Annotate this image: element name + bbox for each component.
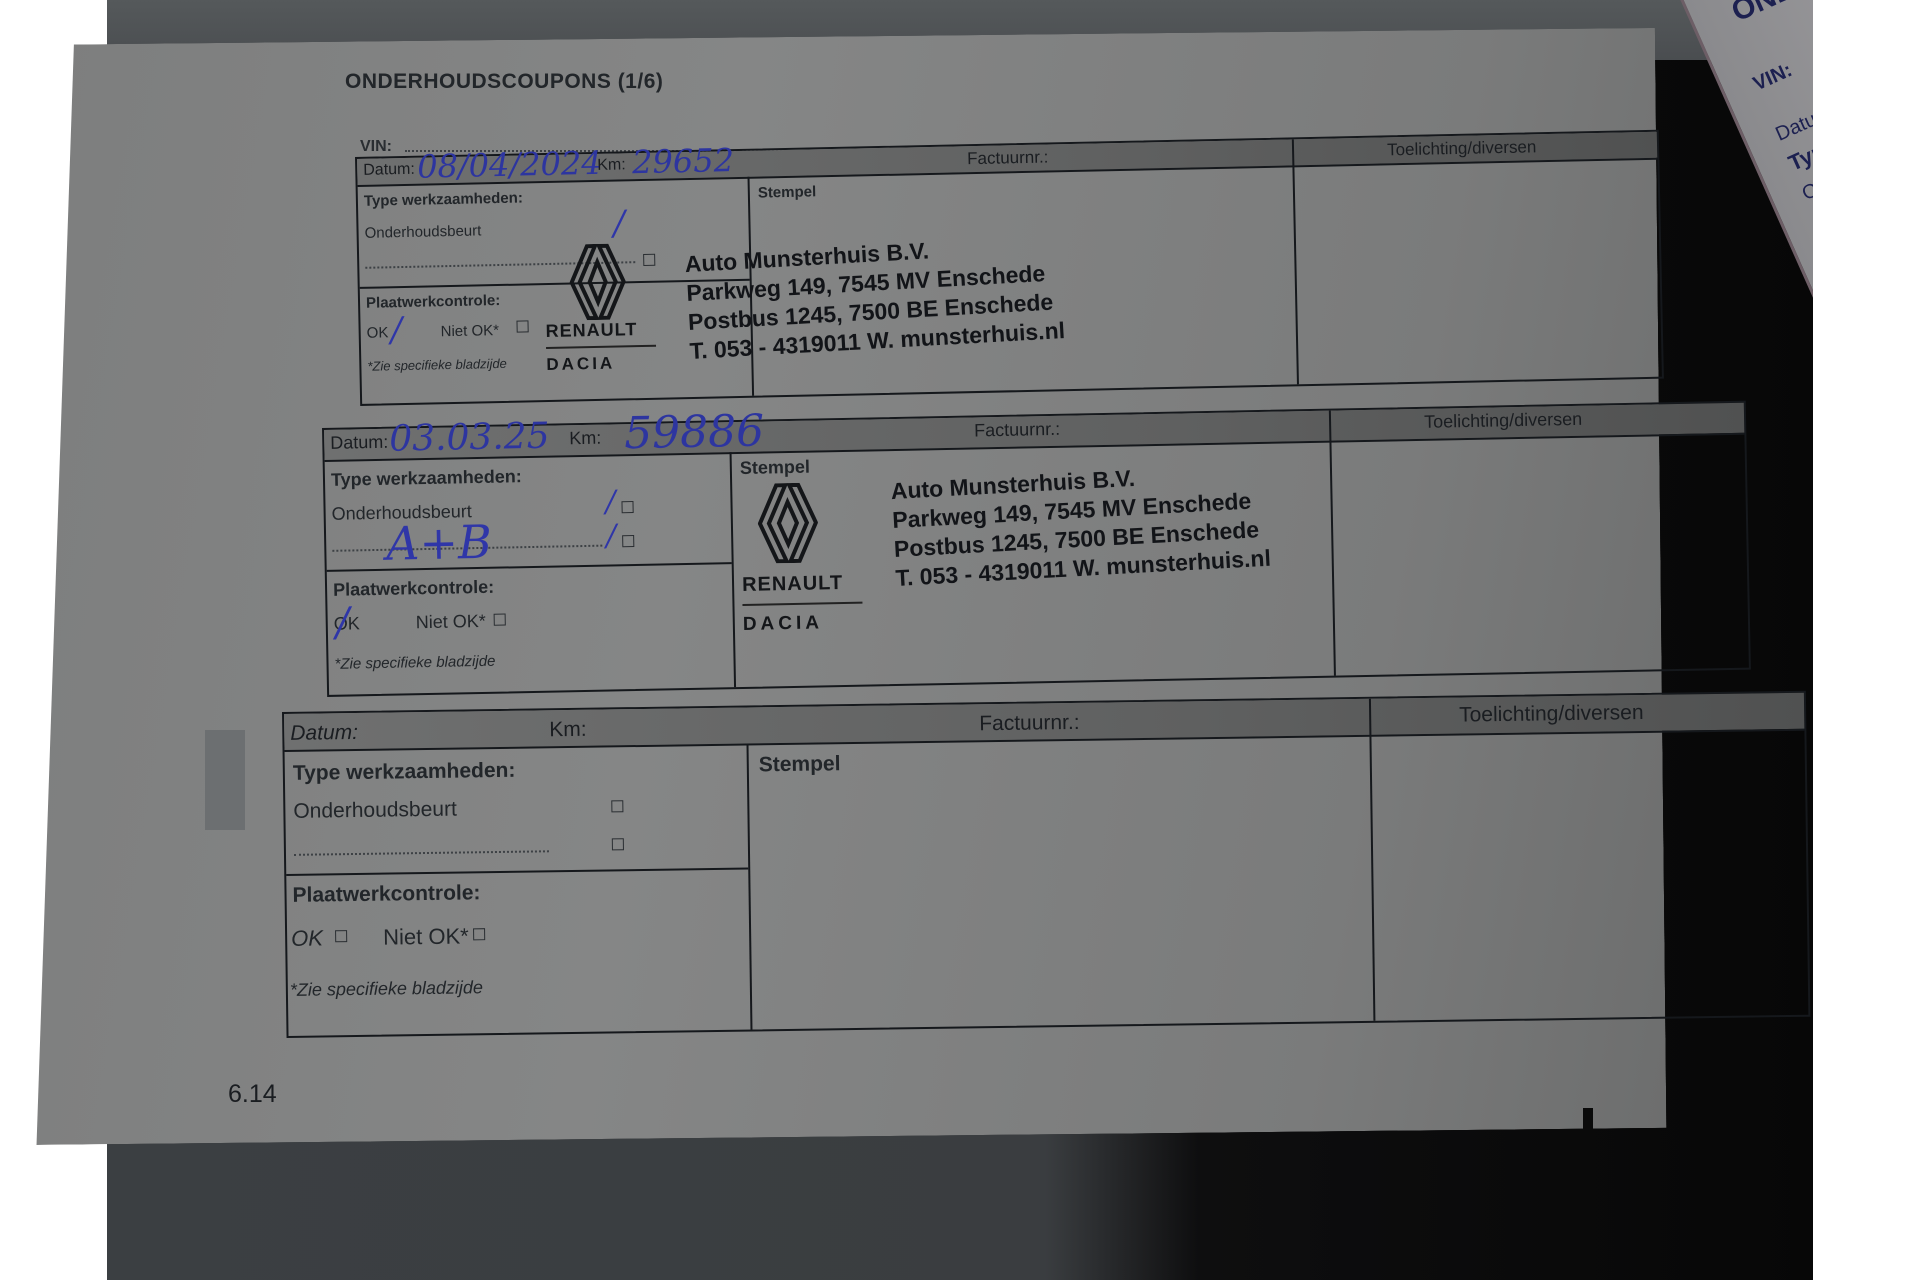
datum-label: Datum: bbox=[363, 161, 415, 180]
checkbox-icon[interactable] bbox=[643, 254, 655, 266]
divider bbox=[286, 868, 748, 876]
renault-logo-icon bbox=[569, 243, 627, 320]
factuurnr-label: Factuurnr.: bbox=[979, 711, 1080, 736]
pen-check-icon[interactable]: / bbox=[613, 203, 625, 243]
onderhoudsbeurt-label: Onderhoudsbeurt bbox=[364, 222, 481, 241]
pen-check-icon[interactable]: / bbox=[335, 600, 349, 646]
niet-ok-checkbox bbox=[510, 317, 528, 334]
km-value[interactable]: 29652 bbox=[632, 141, 735, 181]
divider bbox=[1369, 699, 1375, 1021]
dacia-brand: DACIA bbox=[743, 612, 824, 636]
zie-note: *Zie specifieke bladzijde bbox=[367, 356, 507, 374]
plaatwerkcontrole-label: Plaatwerkcontrole: bbox=[292, 881, 480, 908]
niet-ok-label: Niet OK* bbox=[383, 923, 469, 950]
checkbox-icon[interactable] bbox=[494, 614, 506, 626]
page-number: 6.14 bbox=[228, 1080, 277, 1109]
factuurnr-label: Factuurnr.: bbox=[967, 147, 1049, 169]
extra-work-value[interactable]: A+B bbox=[386, 515, 493, 571]
km-label: Km: bbox=[597, 156, 626, 175]
dealer-stamp: Auto Munsterhuis B.V. Parkweg 149, 7545 … bbox=[890, 457, 1272, 593]
facing-title: ONDE bbox=[1727, 0, 1813, 29]
zie-note: *Zie specifieke bladzijde bbox=[334, 653, 495, 673]
niet-ok-checkbox bbox=[488, 609, 506, 630]
stempel-label: Stempel bbox=[759, 752, 841, 777]
checkbox-icon[interactable] bbox=[621, 501, 633, 513]
onderhoudsbeurt-label: Onderhoudsbeurt bbox=[293, 798, 457, 824]
niet-ok-checkbox bbox=[467, 923, 485, 944]
pen-check-icon[interactable]: / bbox=[605, 484, 616, 519]
datum-value[interactable]: 08/04/2024 bbox=[417, 144, 602, 186]
ok-checkbox bbox=[329, 925, 347, 946]
datum-label: Datum: bbox=[330, 432, 388, 454]
km-label: Km: bbox=[549, 718, 587, 743]
divider bbox=[1329, 411, 1336, 676]
extra-work-checkbox bbox=[616, 530, 634, 551]
type-werkzaamheden-label: Type werkzaamheden: bbox=[364, 189, 523, 209]
vin-label: VIN: bbox=[360, 138, 392, 156]
ok-label: OK bbox=[367, 324, 389, 341]
page-title: ONDERHOUDSCOUPONS (1/6) bbox=[345, 70, 663, 94]
datum-label: Datum: bbox=[290, 721, 358, 746]
toelichting-label: Toelichting/diversen bbox=[1459, 701, 1644, 728]
pen-check-icon[interactable]: / bbox=[390, 310, 402, 350]
extra-work-checkbox bbox=[637, 251, 655, 268]
niet-ok-label: Niet OK* bbox=[416, 611, 486, 633]
coupon-2: Datum: 03.03.25 Km: 59886 Factuurnr.: To… bbox=[322, 401, 1751, 697]
facing-vin: VIN: bbox=[1750, 59, 1796, 96]
extra-work-checkbox bbox=[606, 833, 624, 854]
renault-brand: RENAULT bbox=[742, 572, 843, 597]
stempel-label: Stempel bbox=[740, 457, 810, 479]
plaatwerkcontrole-label: Plaatwerkcontrole: bbox=[333, 577, 494, 601]
onderhoudsbeurt-checkbox bbox=[605, 795, 623, 816]
checkbox-icon[interactable] bbox=[622, 535, 634, 547]
checkbox-icon[interactable] bbox=[612, 838, 624, 850]
toelichting-label: Toelichting/diversen bbox=[1424, 409, 1582, 433]
extra-work-field[interactable] bbox=[294, 850, 549, 856]
checkbox-icon[interactable] bbox=[611, 800, 623, 812]
factuurnr-label: Factuurnr.: bbox=[974, 419, 1060, 442]
pen-check-icon[interactable]: / bbox=[606, 518, 617, 553]
plaatwerkcontrole-label: Plaatwerkcontrole: bbox=[366, 292, 501, 312]
checkbox-icon[interactable] bbox=[473, 928, 485, 940]
onderhoudsbeurt-checkbox bbox=[615, 496, 633, 517]
ok-label: OK bbox=[291, 925, 323, 951]
zie-note: *Zie specifieke bladzijde bbox=[290, 977, 483, 1001]
renault-logo-icon bbox=[757, 483, 819, 564]
type-werkzaamheden-label: Type werkzaamheden: bbox=[331, 466, 522, 491]
divider bbox=[1292, 139, 1299, 384]
checkbox-icon[interactable] bbox=[516, 320, 528, 332]
checkbox-icon[interactable] bbox=[335, 930, 347, 942]
niet-ok-label: Niet OK* bbox=[441, 322, 500, 340]
page-tab-marker bbox=[205, 730, 245, 830]
datum-value[interactable]: 03.03.25 bbox=[389, 416, 550, 460]
dacia-brand: DACIA bbox=[546, 354, 615, 375]
type-werkzaamheden-label: Type werkzaamheden: bbox=[293, 759, 516, 786]
km-label: Km: bbox=[569, 428, 601, 450]
km-value[interactable]: 59886 bbox=[624, 406, 765, 460]
divider bbox=[746, 743, 752, 1029]
brand-divider bbox=[546, 345, 656, 349]
facing-datum: Datum: bbox=[1772, 99, 1813, 146]
renault-brand: RENAULT bbox=[545, 319, 637, 342]
stempel-label: Stempel bbox=[758, 183, 817, 201]
coupon-3: Datum: Km: Factuurnr.: Toelichting/diver… bbox=[282, 691, 1810, 1038]
toelichting-label: Toelichting/diversen bbox=[1387, 137, 1537, 160]
brand-divider bbox=[742, 602, 862, 606]
divider bbox=[730, 452, 737, 687]
page-edge-mark bbox=[1583, 1108, 1593, 1132]
coupon-1: Datum: 08/04/2024 Km: 29652 Factuurnr.: … bbox=[355, 130, 1664, 406]
dealer-stamp: Auto Munsterhuis B.V. Parkweg 149, 7545 … bbox=[684, 229, 1066, 366]
